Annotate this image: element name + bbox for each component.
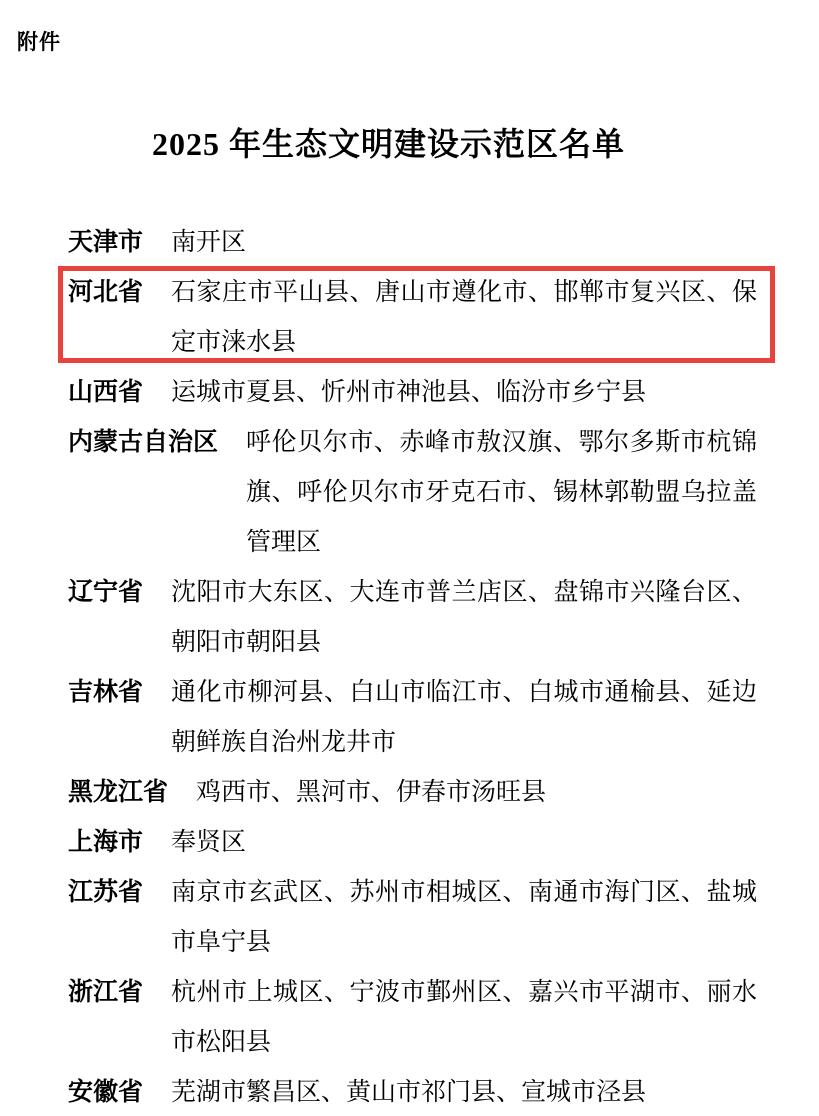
region-list: 鸡西市、黑河市、伊春市汤旺县 <box>196 768 757 818</box>
region-line: 旗、呼伦贝尔市牙克石市、锡林郭勒盟乌拉盖 <box>246 468 757 518</box>
province-label: 浙江省 <box>68 968 143 1018</box>
province-label: 山西省 <box>68 368 143 418</box>
region-list: 南京市玄武区、苏州市相城区、南通市海门区、盐城 市阜宁县 <box>171 868 757 968</box>
province-label: 辽宁省 <box>68 568 143 618</box>
region-line: 朝阳市朝阳县 <box>171 618 757 668</box>
region-line: 朝鲜族自治州龙井市 <box>171 718 757 768</box>
province-row-tianjin: 天津市 南开区 <box>68 218 757 268</box>
region-list: 奉贤区 <box>171 818 757 868</box>
province-row-anhui: 安徽省 芜湖市繁昌区、黄山市祁门县、宣城市泾县 <box>68 1068 757 1116</box>
province-row-hebei: 河北省 石家庄市平山县、唐山市遵化市、邯郸市复兴区、保 定市涞水县 <box>68 268 757 368</box>
region-line: 鸡西市、黑河市、伊春市汤旺县 <box>196 768 757 818</box>
province-label: 内蒙古自治区 <box>68 418 218 468</box>
province-row-liaoning: 辽宁省 沈阳市大东区、大连市普兰店区、盘锦市兴隆台区、 朝阳市朝阳县 <box>68 568 757 668</box>
region-line: 奉贤区 <box>171 818 757 868</box>
province-row-shanxi: 山西省 运城市夏县、忻州市神池县、临汾市乡宁县 <box>68 368 757 418</box>
province-label: 黑龙江省 <box>68 768 168 818</box>
province-label: 江苏省 <box>68 868 143 918</box>
region-line: 芜湖市繁昌区、黄山市祁门县、宣城市泾县 <box>171 1068 757 1116</box>
region-line: 定市涞水县 <box>171 318 757 368</box>
region-list: 运城市夏县、忻州市神池县、临汾市乡宁县 <box>171 368 757 418</box>
region-line: 南开区 <box>171 218 757 268</box>
region-line: 运城市夏县、忻州市神池县、临汾市乡宁县 <box>171 368 757 418</box>
attachment-label: 附件 <box>17 26 61 56</box>
province-label: 安徽省 <box>68 1068 143 1116</box>
region-line: 南京市玄武区、苏州市相城区、南通市海门区、盐城 <box>171 868 757 918</box>
region-line: 呼伦贝尔市、赤峰市敖汉旗、鄂尔多斯市杭锦 <box>246 418 757 468</box>
province-row-zhejiang: 浙江省 杭州市上城区、宁波市鄞州区、嘉兴市平湖市、丽水 市松阳县 <box>68 968 757 1068</box>
region-list: 通化市柳河县、白山市临江市、白城市通榆县、延边 朝鲜族自治州龙井市 <box>171 668 757 768</box>
province-row-jiangsu: 江苏省 南京市玄武区、苏州市相城区、南通市海门区、盐城 市阜宁县 <box>68 868 757 968</box>
region-line: 沈阳市大东区、大连市普兰店区、盘锦市兴隆台区、 <box>171 568 757 618</box>
province-label: 天津市 <box>68 218 143 268</box>
region-list: 杭州市上城区、宁波市鄞州区、嘉兴市平湖市、丽水 市松阳县 <box>171 968 757 1068</box>
region-line: 管理区 <box>246 518 757 568</box>
province-row-shanghai: 上海市 奉贤区 <box>68 818 757 868</box>
region-list: 石家庄市平山县、唐山市遵化市、邯郸市复兴区、保 定市涞水县 <box>171 268 757 368</box>
province-list: 天津市 南开区 河北省 石家庄市平山县、唐山市遵化市、邯郸市复兴区、保 定市涞水… <box>68 218 757 1116</box>
region-line: 市松阳县 <box>171 1018 757 1068</box>
region-line: 通化市柳河县、白山市临江市、白城市通榆县、延边 <box>171 668 757 718</box>
province-label: 河北省 <box>68 268 143 318</box>
province-label: 上海市 <box>68 818 143 868</box>
province-row-neimenggu: 内蒙古自治区 呼伦贝尔市、赤峰市敖汉旗、鄂尔多斯市杭锦 旗、呼伦贝尔市牙克石市、… <box>68 418 757 568</box>
region-list: 呼伦贝尔市、赤峰市敖汉旗、鄂尔多斯市杭锦 旗、呼伦贝尔市牙克石市、锡林郭勒盟乌拉… <box>246 418 757 568</box>
region-list: 南开区 <box>171 218 757 268</box>
region-list: 芜湖市繁昌区、黄山市祁门县、宣城市泾县 <box>171 1068 757 1116</box>
region-list: 沈阳市大东区、大连市普兰店区、盘锦市兴隆台区、 朝阳市朝阳县 <box>171 568 757 668</box>
region-line: 市阜宁县 <box>171 918 757 968</box>
province-row-jilin: 吉林省 通化市柳河县、白山市临江市、白城市通榆县、延边 朝鲜族自治州龙井市 <box>68 668 757 768</box>
document-title: 2025 年生态文明建设示范区名单 <box>0 119 819 165</box>
region-line: 石家庄市平山县、唐山市遵化市、邯郸市复兴区、保 <box>171 268 757 318</box>
province-row-heilongjiang: 黑龙江省 鸡西市、黑河市、伊春市汤旺县 <box>68 768 757 818</box>
province-label: 吉林省 <box>68 668 143 718</box>
region-line: 杭州市上城区、宁波市鄞州区、嘉兴市平湖市、丽水 <box>171 968 757 1018</box>
